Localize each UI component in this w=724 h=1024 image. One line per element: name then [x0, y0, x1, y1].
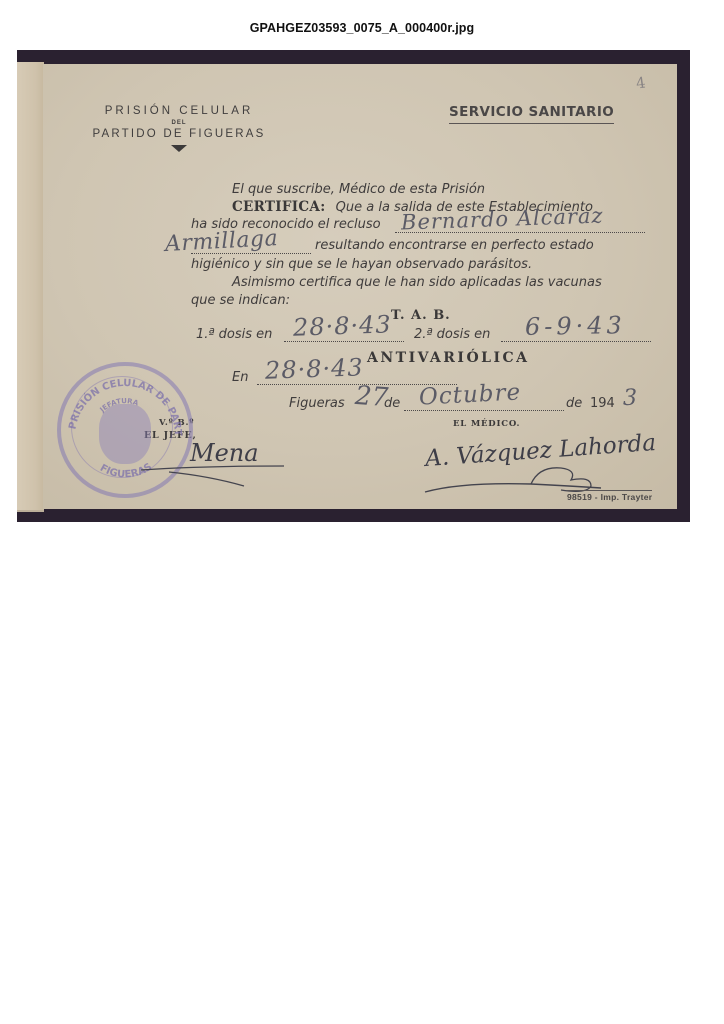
- month-handwritten: Octubre: [418, 379, 521, 410]
- jefe-signature-flourish: [139, 462, 289, 492]
- antivariolica-heading: ANTIVARIÓLICA: [367, 350, 530, 366]
- institution-line-1: PRISIÓN CELULAR: [79, 105, 279, 117]
- certifica-label: CERTIFICA:: [232, 199, 325, 215]
- resultando-text: resultando encontrarse en perfecto estad…: [315, 238, 594, 253]
- triangle-marker-icon: [171, 145, 187, 152]
- file-title: GPAHGEZ03593_0075_A_000400r.jpg: [0, 21, 724, 35]
- place-label: Figueras: [289, 396, 345, 411]
- certificate-paper: 4 PRISIÓN CELULAR DEL PARTIDO DE FIGUERA…: [43, 64, 677, 509]
- handwritten-page-number: 4: [635, 73, 647, 92]
- higienico-text: higiénico y sin que se le hayan observad…: [191, 257, 532, 272]
- antivariolica-date-handwritten: 28·8·43: [265, 353, 365, 384]
- dose1-date-handwritten: 28·8·43: [293, 310, 393, 341]
- indican-text: que se indican:: [191, 293, 290, 308]
- institution-line-3: PARTIDO DE FIGUERAS: [79, 128, 279, 140]
- scanned-document-image: 4 PRISIÓN CELULAR DEL PARTIDO DE FIGUERA…: [17, 50, 690, 522]
- year-handwritten: 3: [623, 386, 637, 411]
- stamp-inner-text: JEFATURA: [98, 397, 140, 414]
- tab-heading: T. A. B.: [391, 308, 451, 323]
- dose2-line: [501, 341, 651, 342]
- printer-mark: 98519 - Imp. Trayter: [567, 490, 652, 502]
- svg-text:JEFATURA: JEFATURA: [98, 397, 140, 414]
- year-printed: 194: [590, 396, 615, 411]
- paper-edge-strip: [17, 62, 44, 512]
- intro-line: El que suscribe, Médico de esta Prisión: [232, 182, 485, 197]
- dose2-label: 2.ª dosis en: [414, 327, 490, 342]
- dose1-label: 1.ª dosis en: [196, 327, 272, 342]
- de-label-1: de: [384, 396, 400, 411]
- asimismo-text: Asimismo certifica que le han sido aplic…: [232, 275, 602, 290]
- dose2-date-handwritten: 6-9·43: [525, 311, 626, 341]
- antivariolica-en-label: En: [232, 370, 248, 385]
- institution-header: PRISIÓN CELULAR DEL PARTIDO DE FIGUERAS: [79, 105, 279, 152]
- medico-label: EL MÉDICO.: [453, 419, 520, 429]
- service-header: SERVICIO SANITARIO: [449, 104, 614, 124]
- de-label-2: de: [566, 396, 582, 411]
- institution-line-2: DEL: [79, 120, 279, 126]
